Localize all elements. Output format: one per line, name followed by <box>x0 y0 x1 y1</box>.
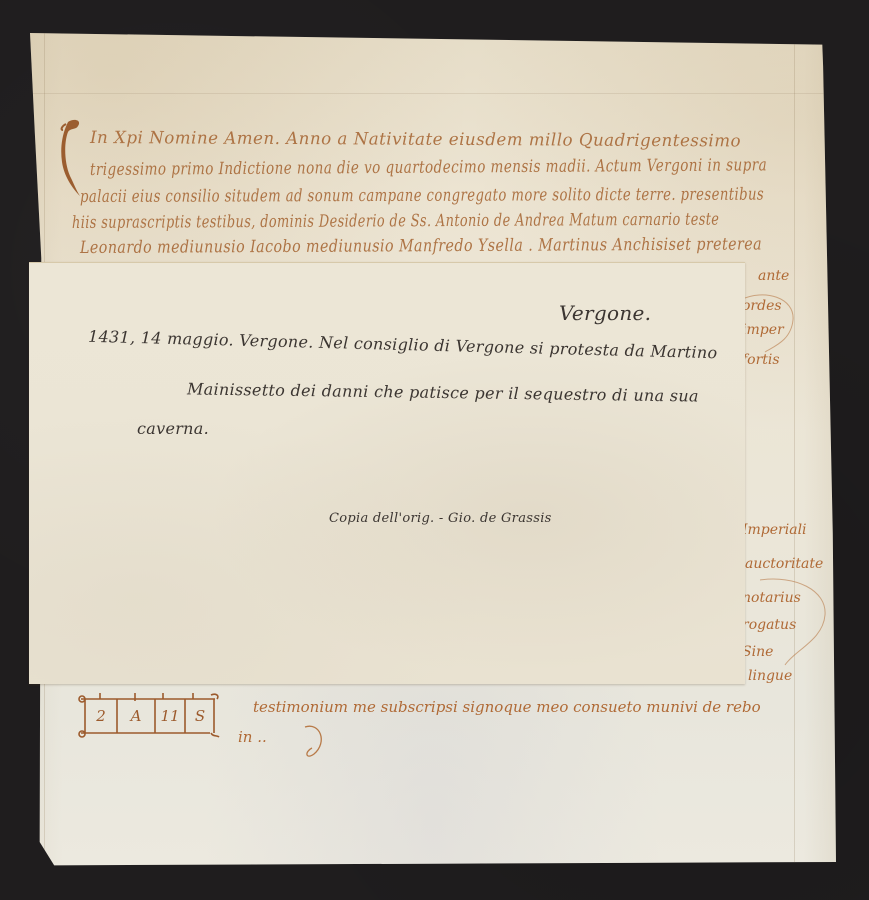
notary-subscription-line: testimonium me subscripsi signoque meo c… <box>253 698 761 716</box>
fold-line-right <box>794 33 795 867</box>
slip-heading: Vergone. <box>559 301 651 325</box>
slip-summary-line: Mainissetto dei danni che patisce per il… <box>187 379 699 405</box>
medieval-text-line: Leonardo mediunusio Iacobo mediunusio Ma… <box>80 234 762 258</box>
slip-summary-line: 1431, 14 maggio. Vergone. Nel consiglio … <box>88 327 718 362</box>
medieval-text-line: palacii eius consilio situdem ad sonum c… <box>80 185 764 207</box>
medieval-text-line: In Xpi Nomine Amen. Anno a Nativitate ei… <box>90 128 741 151</box>
notary-signum: 2 A 11 S <box>75 689 220 741</box>
slip-summary-line: caverna. <box>137 419 209 438</box>
signum-cell: S <box>187 703 213 729</box>
margin-note: lingue <box>748 668 792 684</box>
margin-flourish-icon <box>755 560 830 670</box>
fold-line-top <box>30 93 836 94</box>
signum-cell: 11 <box>157 703 183 729</box>
notary-subscription-line: in .. <box>238 728 267 746</box>
margin-note: Imperiali <box>742 522 807 538</box>
signum-cell: 2 <box>87 703 115 729</box>
signum-cell: A <box>119 703 153 729</box>
archival-summary-slip: Vergone. 1431, 14 maggio. Vergone. Nel c… <box>29 262 745 684</box>
medieval-text-line: hiis suprascriptis testibus, dominis Des… <box>72 210 719 233</box>
slip-signature: Copia dell'orig. - Gio. de Grassis <box>329 511 552 526</box>
margin-flourish-icon <box>735 280 805 360</box>
flourish-icon <box>300 722 330 762</box>
